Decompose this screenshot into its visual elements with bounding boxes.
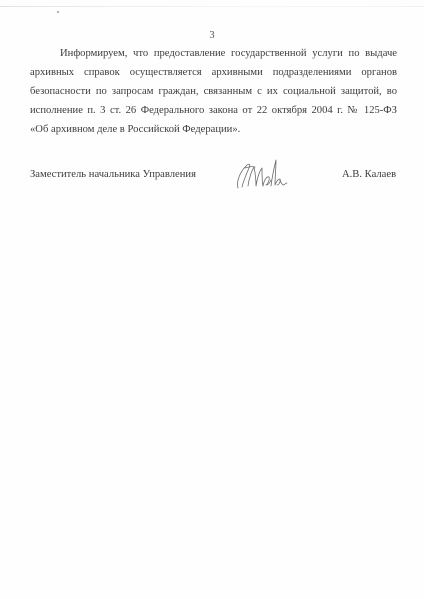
paragraph-line: безопасности по запросам граждан, связан… xyxy=(30,82,397,101)
signer-position-title: Заместитель начальника Управления xyxy=(30,169,196,180)
scan-edge-artifact xyxy=(0,6,424,7)
page-number: 3 xyxy=(0,30,424,41)
handwritten-signature-icon xyxy=(234,158,288,192)
body-paragraph: Информируем, что предоставление государс… xyxy=(30,44,397,139)
scan-dot-artifact xyxy=(57,11,59,13)
paragraph-line: архивных справок осуществляется архивным… xyxy=(30,63,397,82)
signer-name: А.В. Калаев xyxy=(342,169,396,180)
paragraph-line: «Об архивном деле в Российской Федерации… xyxy=(30,120,397,139)
signature-block: Заместитель начальника Управления А.В. К… xyxy=(0,166,424,196)
paragraph-line: Информируем, что предоставление государс… xyxy=(30,44,397,63)
paragraph-line: исполнение п. 3 ст. 26 Федерального зако… xyxy=(30,101,397,120)
document-page: 3 Информируем, что предоставление госуда… xyxy=(0,0,424,599)
